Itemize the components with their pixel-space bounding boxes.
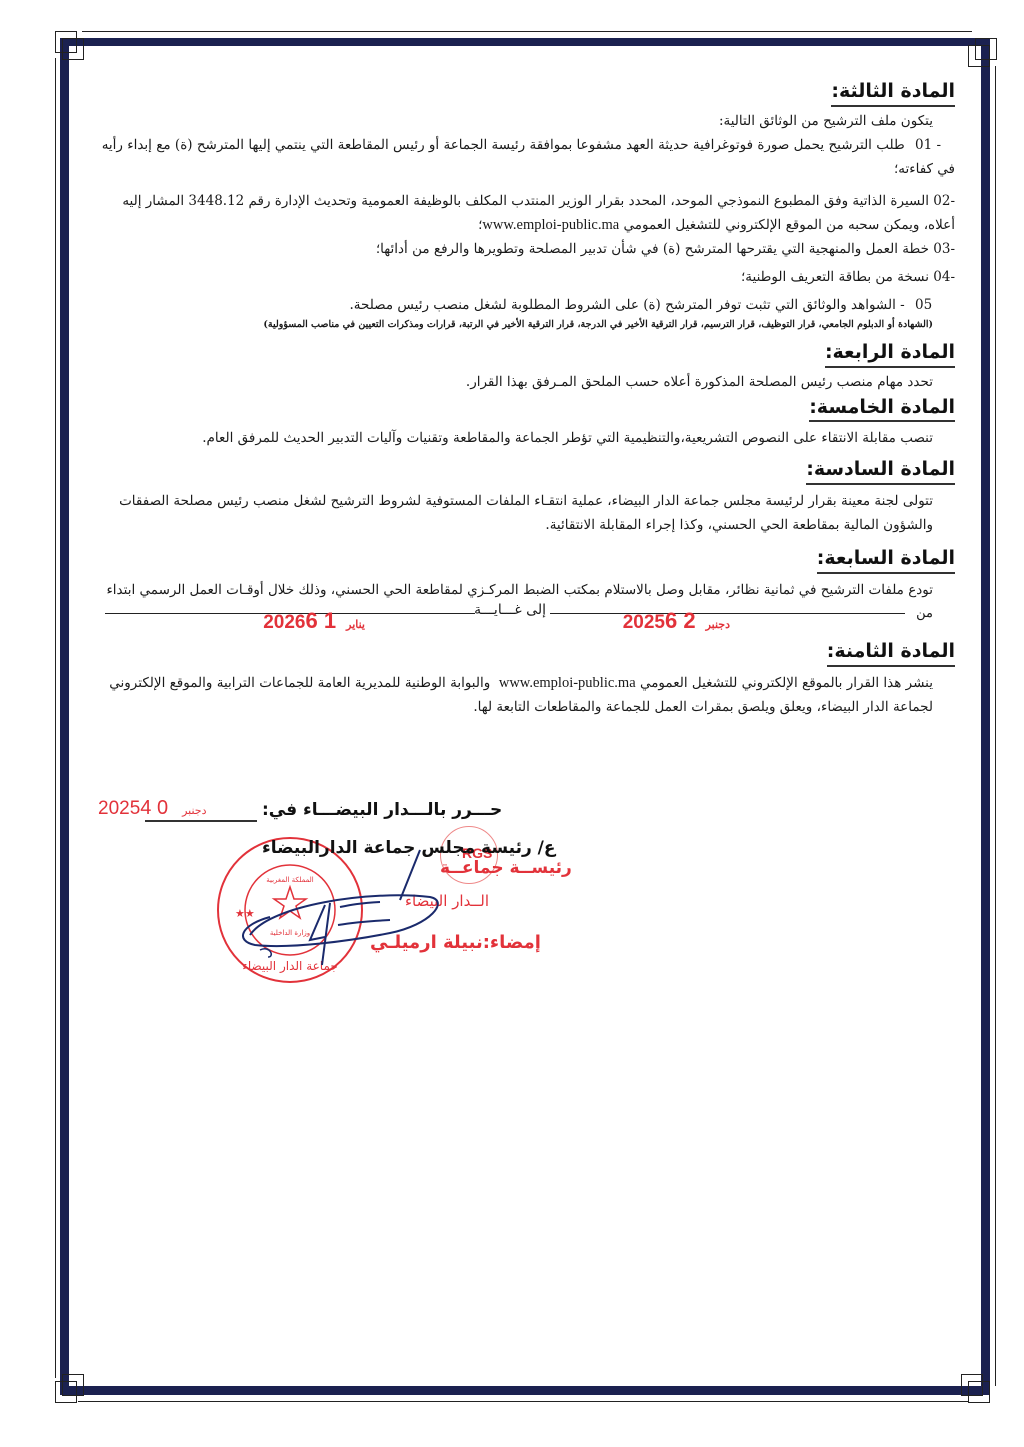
article-text-start: ينشر هذا القرار بالموقع الإلكتروني للتشغ… bbox=[640, 675, 933, 691]
page-frame-left bbox=[60, 38, 69, 1395]
article-text: تودع ملفات الترشيح في ثمانية نظائر، مقاب… bbox=[95, 578, 955, 602]
item-number: -03 bbox=[933, 241, 955, 257]
item-text: طلب الترشيح يحمل صورة فوتوغرافية حديثة ا… bbox=[102, 137, 955, 177]
signature-date-year: 2025 bbox=[98, 798, 140, 819]
article-text: تتولى لجنة معينة بقرار لرئيسة مجلس جماعة… bbox=[95, 489, 955, 537]
item-number: -04 bbox=[933, 269, 955, 285]
signature-date-day: 0 4 bbox=[140, 797, 168, 819]
item-text: - الشواهد والوثائق التي تثبت توفر المترش… bbox=[349, 297, 904, 313]
end-date-day: 1 6 bbox=[306, 608, 337, 633]
article-intro: يتكون ملف الترشيح من الوثائق التالية: bbox=[95, 109, 955, 133]
end-date-stamp: 2026يناير1 6 bbox=[263, 608, 375, 634]
end-date-year: 2026 bbox=[263, 612, 305, 633]
start-date-month: دجنبر bbox=[706, 619, 730, 631]
article-text: ينشر هذا القرار بالموقع الإلكتروني للتشغ… bbox=[95, 671, 955, 719]
article-seventh: المادة السابعة: تودع ملفات الترشيح في ثم… bbox=[95, 547, 955, 634]
document-item: 05 - الشواهد والوثائق التي تثبت توفر الم… bbox=[95, 293, 955, 317]
deposit-period-line: من إلى غـــايـــة 2025دجنبر2 6 2026يناير… bbox=[95, 604, 955, 634]
from-label: من bbox=[916, 606, 933, 621]
item-number: 05 bbox=[915, 293, 955, 317]
item-number: 01 - bbox=[915, 133, 955, 157]
frame-corner-bottom-right-inner bbox=[961, 1374, 983, 1396]
frame-corner-top-left-inner bbox=[62, 38, 84, 60]
handwritten-signature-icon bbox=[230, 845, 450, 985]
article-heading: المادة الثالثة: bbox=[831, 80, 955, 107]
article-heading: المادة الخامسة: bbox=[809, 396, 955, 423]
item-text: خطة العمل والمنهجية التي يقترحها المترشح… bbox=[376, 241, 929, 257]
start-date-year: 2025 bbox=[623, 612, 665, 633]
frame-corner-top-right-inner bbox=[968, 45, 990, 67]
frame-outline-left bbox=[55, 58, 56, 1378]
signature-date-month: دجنبر bbox=[182, 805, 206, 817]
start-date-day: 2 6 bbox=[665, 608, 696, 633]
until-label: إلى غـــايـــة bbox=[470, 602, 550, 618]
stamp-title-president: رئيســة جماعــة bbox=[440, 858, 572, 878]
article-heading: المادة السادسة: bbox=[806, 458, 955, 485]
article-third: المادة الثالثة: يتكون ملف الترشيح من الو… bbox=[95, 80, 955, 333]
article-fifth: المادة الخامسة: تنصب مقابلة الانتقاء على… bbox=[95, 396, 955, 451]
frame-corner-bottom-left-inner bbox=[62, 1374, 84, 1396]
frame-outline-right bbox=[995, 66, 996, 1386]
signature-date-rule bbox=[145, 820, 257, 822]
item-text: نسخة من بطاقة التعريف الوطنية؛ bbox=[741, 269, 929, 285]
article-text: تنصب مقابلة الانتقاء على النصوص التشريعي… bbox=[95, 426, 955, 450]
article-fourth: المادة الرابعة: تحدد مهام منصب رئيس المص… bbox=[95, 341, 955, 394]
emploi-public-link[interactable]: www.emploi-public.ma bbox=[482, 217, 619, 233]
page-frame-top bbox=[60, 38, 990, 46]
document-item: -02 السيرة الذاتية وفق المطبوع النموذجي … bbox=[95, 189, 955, 237]
frame-outline-top bbox=[82, 31, 972, 32]
article-eighth: المادة الثامنة: ينشر هذا القرار بالموقع … bbox=[95, 640, 955, 719]
article-heading: المادة الرابعة: bbox=[825, 341, 955, 368]
documents-note: (الشهادة أو الدبلوم الجامعي، قرار التوظي… bbox=[95, 317, 955, 333]
article-heading: المادة الثامنة: bbox=[827, 640, 955, 667]
end-date-month: يناير bbox=[346, 619, 365, 631]
document-item: 01 - طلب الترشيح يحمل صورة فوتوغرافية حد… bbox=[95, 133, 955, 181]
emploi-public-link[interactable]: www.emploi-public.ma bbox=[499, 675, 636, 691]
page-frame-right bbox=[981, 38, 990, 1395]
article-sixth: المادة السادسة: تتولى لجنة معينة بقرار ل… bbox=[95, 458, 955, 537]
document-item: -04 نسخة من بطاقة التعريف الوطنية؛ bbox=[95, 265, 955, 289]
document-item: -03 خطة العمل والمنهجية التي يقترحها الم… bbox=[95, 237, 955, 261]
document-body: المادة الثالثة: يتكون ملف الترشيح من الو… bbox=[95, 70, 955, 719]
page-frame-bottom bbox=[60, 1386, 990, 1395]
start-date-stamp: 2025دجنبر2 6 bbox=[623, 608, 740, 634]
article-text: تحدد مهام منصب رئيس المصلحة المذكورة أعل… bbox=[95, 370, 955, 394]
signature-date-stamp: 2025دجنبر0 4 bbox=[98, 797, 221, 820]
item-number: -02 bbox=[933, 193, 955, 209]
frame-outline-bottom bbox=[78, 1401, 968, 1402]
article-heading: المادة السابعة: bbox=[817, 547, 955, 574]
drafted-at-label: حـــرر بالـــدار البيضـــاء في: bbox=[262, 800, 502, 820]
